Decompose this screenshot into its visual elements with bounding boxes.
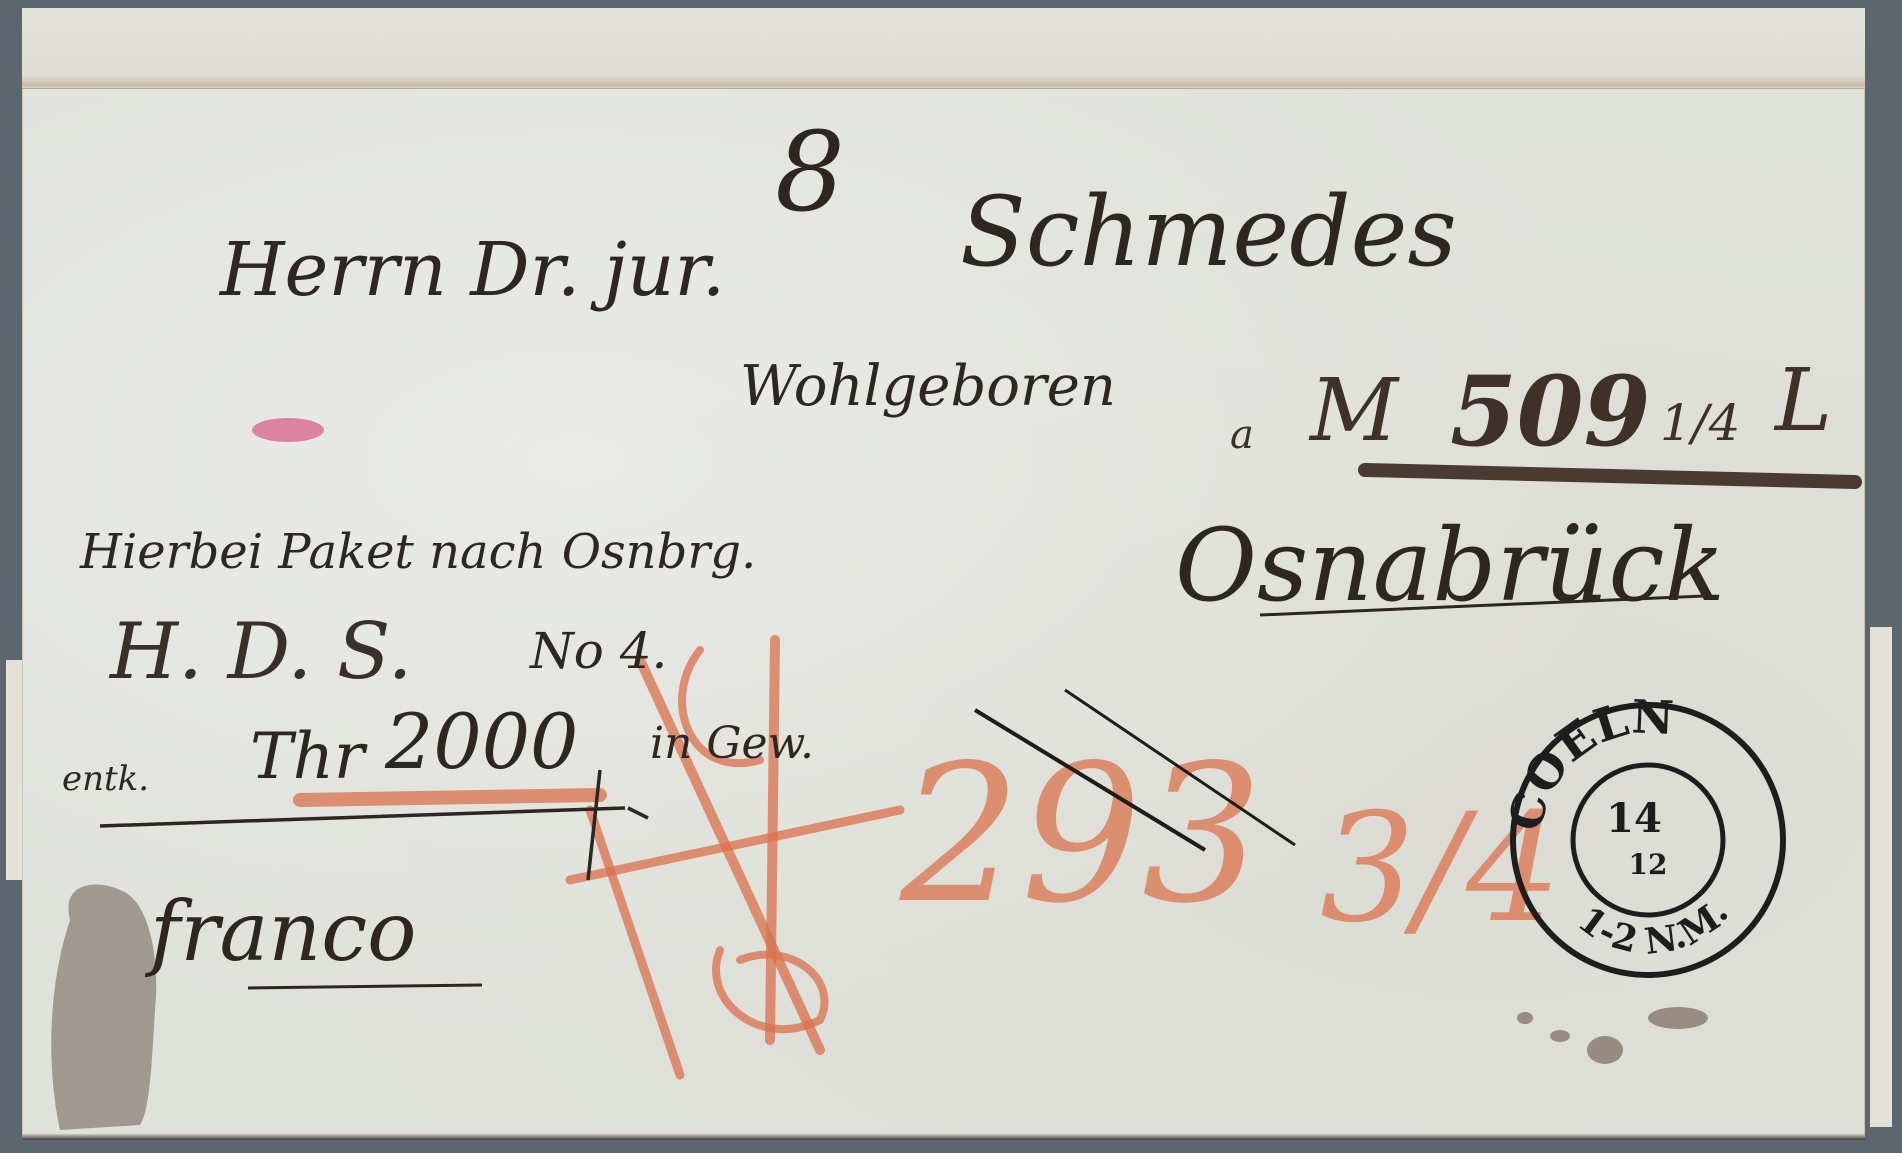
note-line-1: Hierbei Paket nach Osnbrg. (79, 524, 756, 580)
svg-text:L: L (1773, 351, 1832, 451)
ink-smudge-right (1517, 1007, 1708, 1064)
amount-2000: 2000 (384, 697, 578, 786)
red-charge-293: 293 (899, 724, 1263, 945)
addressee-name: Schmedes (960, 176, 1457, 288)
svg-text:M: M (1308, 361, 1400, 461)
ink-blot-left (51, 884, 156, 1130)
sender-initials: H. D. S. (108, 607, 412, 697)
note-prefix: entk. (62, 759, 149, 799)
pink-stain (252, 418, 324, 442)
postmark-day: 14 (1606, 795, 1662, 842)
declared-value: 509 (1450, 355, 1650, 468)
postmark-time: 1-2 N.M. (1570, 892, 1737, 963)
value-underline (1365, 470, 1855, 482)
franco-mark: franco (144, 885, 417, 980)
honorific: Wohlgeboren (740, 354, 1116, 419)
postmark-month: 12 (1629, 848, 1668, 881)
franco-underline (248, 985, 482, 988)
currency-thaler: Thr (250, 720, 368, 794)
salutation: Herrn Dr. jur. (218, 227, 725, 313)
declared-fraction: 1/4 (1660, 394, 1740, 452)
bracket-line (100, 770, 648, 880)
svg-text:a: a (1230, 412, 1254, 458)
rate-mark-8: 8 (775, 108, 845, 236)
parcel-number: No 4. (529, 622, 667, 680)
value-declaration: a M 509 1/4 L (1230, 351, 1855, 482)
note-suffix: in Gew. (650, 718, 814, 769)
document-markings: 293 3/4 8 Herrn Dr. jur. Schmedes Wohlge… (0, 0, 1902, 1153)
